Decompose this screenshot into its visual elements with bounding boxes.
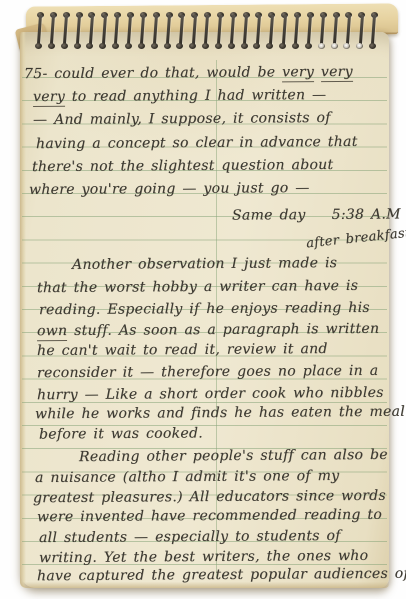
- handwritten-line: a nuisance (altho I admit it's one of my: [35, 467, 339, 487]
- punch-hole-bottom-icon: [241, 43, 248, 49]
- punch-hole-bottom-icon: [202, 43, 209, 49]
- handwritten-line: reconsider it — therefore goes no place …: [37, 362, 378, 382]
- binding-loop: [367, 9, 381, 53]
- handwritten-line: writing. Yet the best writers, the ones …: [39, 547, 368, 567]
- punch-hole-bottom-icon: [176, 43, 183, 49]
- handwriting-text: have captured the greatest popular audie…: [37, 566, 406, 585]
- punch-hole-bottom-icon: [125, 43, 132, 49]
- underlined-word: own: [37, 323, 67, 341]
- handwriting-text: were invented have recommended reading t…: [37, 507, 382, 525]
- punch-hole-bottom-icon: [151, 43, 158, 49]
- punch-hole-bottom-icon: [189, 43, 196, 49]
- handwriting-text: 5:38 A.M: [332, 206, 401, 222]
- handwriting-text: having a concept so clear in advance tha…: [36, 134, 358, 152]
- handwritten-line: Another observation I just made is: [72, 254, 337, 274]
- handwritten-line: reading. Especially if he enjoys reading…: [39, 299, 370, 319]
- handwriting-text: [314, 64, 321, 80]
- handwritten-line: very to read anything I had written —: [33, 86, 326, 106]
- handwritten-line: own stuff. As soon as a paragraph is wri…: [37, 320, 379, 340]
- handwritten-line: — And mainly, I suppose, it consists of: [33, 109, 331, 129]
- underlined-word: very: [282, 64, 314, 82]
- handwriting-text: that the worst hobby a writer can have i…: [37, 278, 358, 296]
- punch-hole-bottom-icon: [99, 43, 106, 49]
- punch-hole-bottom-icon: [369, 43, 376, 49]
- handwriting-text: 75- could ever do that, would be: [24, 64, 282, 82]
- punch-hole-bottom-icon: [266, 43, 273, 49]
- handwritten-line: he can't wait to read it, review it and: [37, 340, 328, 360]
- handwriting-text: while he works and finds he has eaten th…: [35, 404, 405, 423]
- handwritten-line: having a concept so clear in advance tha…: [36, 133, 358, 153]
- punch-hole-bottom-icon: [215, 43, 222, 49]
- handwriting-text: reconsider it — therefore goes no place …: [37, 363, 378, 381]
- handwritten-line: where you're going — you just go —: [29, 179, 310, 199]
- punch-hole-bottom-icon: [356, 43, 363, 49]
- handwritten-line: greatest pleasures.) All educators since…: [33, 487, 386, 507]
- underlined-word: very: [33, 89, 65, 107]
- punch-hole-bottom-icon: [331, 43, 338, 49]
- punch-hole-bottom-icon: [112, 43, 119, 49]
- punch-hole-bottom-icon: [48, 43, 55, 49]
- handwriting-text: Reading other people's stuff can also be: [79, 447, 388, 465]
- punch-hole-bottom-icon: [86, 43, 93, 49]
- handwritten-line: there's not the slightest question about: [32, 156, 334, 176]
- handwriting-text: reading. Especially if he enjoys reading…: [39, 300, 370, 318]
- punch-hole-bottom-icon: [74, 43, 81, 49]
- handwriting-text: — And mainly, I suppose, it consists of: [33, 110, 331, 128]
- handwritten-line: 75- could ever do that, would be very ve…: [24, 63, 353, 83]
- punch-hole-bottom-icon: [138, 43, 145, 49]
- underlined-word: very: [321, 64, 353, 82]
- punch-hole-bottom-icon: [343, 43, 350, 49]
- handwriting-text: writing. Yet the best writers, the ones …: [39, 548, 368, 566]
- handwritten-line: while he works and finds he has eaten th…: [35, 403, 405, 424]
- handwritten-line: were invented have recommended reading t…: [37, 506, 382, 526]
- handwriting-text: all students — especially to students of: [39, 528, 341, 546]
- handwriting-text: he can't wait to read it, review it and: [37, 341, 328, 359]
- handwritten-line: hurry — Like a short order cook who nibb…: [37, 384, 384, 404]
- punch-hole-bottom-icon: [164, 43, 171, 49]
- handwriting-text: greatest pleasures.) All educators since…: [33, 488, 386, 506]
- handwriting-text: there's not the slightest question about: [32, 157, 334, 175]
- punch-hole-bottom-icon: [253, 43, 260, 49]
- timestamp-line: Same day5:38 A.M: [232, 205, 401, 224]
- handwriting-text: after breakfast: [305, 226, 406, 252]
- handwriting-text: Same day: [232, 207, 306, 224]
- handwriting-layer: 75- could ever do that, would be very ve…: [0, 0, 406, 599]
- timestamp-note-line: after breakfast: [305, 225, 406, 254]
- handwriting-text: Another observation I just made is: [72, 255, 337, 273]
- spiral-binding: [0, 0, 406, 60]
- handwritten-line: all students — especially to students of: [39, 527, 341, 547]
- handwriting-text: to read anything I had written —: [65, 87, 326, 105]
- handwritten-line: before it was cooked.: [39, 424, 203, 443]
- handwriting-text: stuff. As soon as a paragraph is written: [67, 321, 379, 339]
- handwriting-text: where you're going — you just go —: [29, 180, 310, 198]
- handwriting-text: a nuisance (altho I admit it's one of my: [35, 468, 339, 486]
- punch-hole-bottom-icon: [61, 43, 68, 49]
- punch-hole-bottom-icon: [228, 43, 235, 49]
- notebook-photo: 75- could ever do that, would be very ve…: [0, 0, 406, 599]
- punch-hole-bottom-icon: [35, 43, 42, 49]
- punch-hole-bottom-icon: [279, 43, 286, 49]
- punch-hole-bottom-icon: [318, 43, 325, 49]
- punch-hole-bottom-icon: [292, 43, 299, 49]
- handwritten-line: Reading other people's stuff can also be: [79, 446, 388, 466]
- handwriting-text: before it was cooked.: [39, 425, 203, 442]
- punch-hole-bottom-icon: [305, 43, 312, 49]
- handwritten-line: have captured the greatest popular audie…: [37, 565, 406, 586]
- handwriting-text: hurry — Like a short order cook who nibb…: [37, 385, 384, 403]
- handwritten-line: that the worst hobby a writer can have i…: [37, 277, 358, 297]
